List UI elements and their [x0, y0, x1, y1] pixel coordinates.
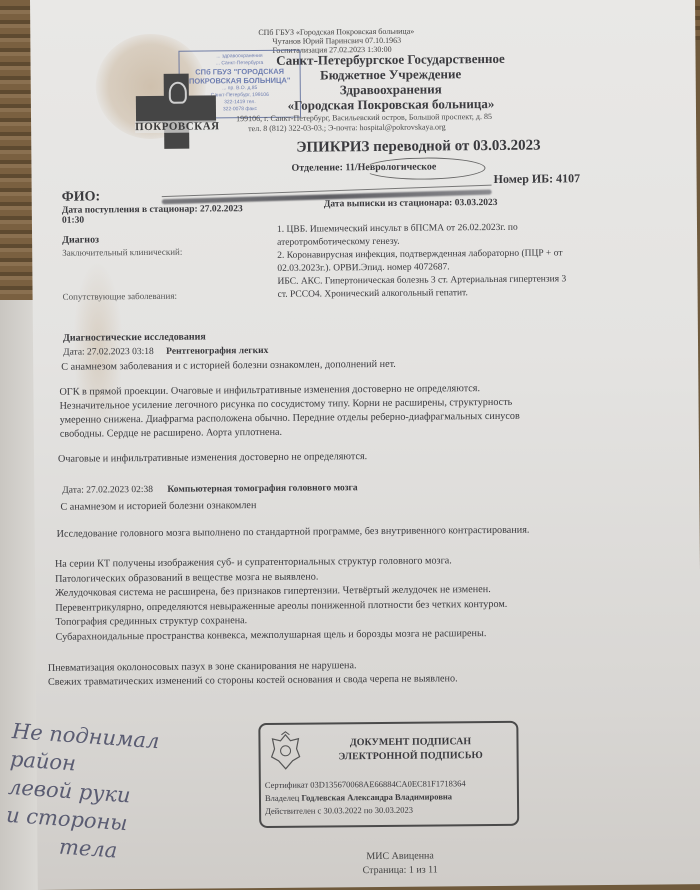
discharge-value: 03.03.2023 — [455, 198, 498, 208]
case-number-value: 4107 — [556, 171, 580, 185]
xray-date: Дата: 27.02.2023 03:18 — [63, 347, 154, 358]
pen-circle-mark — [363, 157, 485, 180]
ct-line: Свежих травматических изменений со сторо… — [48, 672, 458, 690]
footer-page-number: Страница: 1 из 11 — [363, 863, 438, 878]
org-line: «Городская Покровская больница» — [276, 96, 506, 113]
comorbid-label: Сопутствующие заболевания: — [63, 291, 177, 302]
xray-name: Рентгенография легких — [166, 346, 268, 357]
studies-heading: Диагностические исследования — [63, 331, 206, 343]
organization-name: Санкт-Петербургское Государственное Бюдж… — [275, 51, 506, 113]
admission-time: 01:30 — [62, 214, 243, 226]
admission-date: Дата поступления в стационар: 27.02.2023… — [62, 204, 243, 226]
signature-title: ДОКУМЕНТ ПОДПИСАН ЭЛЕКТРОННОЙ ПОДПИСЬЮ — [310, 735, 510, 765]
hospital-logo-text: ПОКРОВСКАЯ — [135, 120, 220, 133]
handwritten-note: Не поднимал район левой руки и стороны т… — [3, 717, 160, 867]
comorbid-line: ст. РССО4. Хронический алкогольный гепат… — [278, 286, 638, 302]
signature-title-line: ЭЛЕКТРОННОЙ ПОДПИСЬЮ — [311, 749, 511, 765]
ct-body: На серии КТ получены изображения суб- и … — [55, 554, 508, 645]
ct-header: Дата: 27.02.2023 02:38 Компьютерная томо… — [62, 483, 357, 496]
ct-body-2: Пневматизация околоносовых пазух в зоне … — [48, 658, 458, 690]
document-title: ЭПИКРИЗ переводной от 03.03.2023 — [296, 138, 540, 157]
case-number-label: Номер ИБ: — [494, 171, 554, 186]
cert-value: 03D135670068AE66884CA0EC81F1718364 — [310, 778, 465, 789]
footer-system: МИС Авиценна — [362, 849, 437, 864]
validity: Действителен с 30.03.2022 по 30.03.2023 — [265, 803, 466, 818]
coat-of-arms-icon — [268, 731, 302, 773]
final-diagnosis-label: Заключительный клинический: — [62, 247, 182, 258]
hospital-logo-cross-icon — [136, 73, 217, 149]
ct-date: Дата: 27.02.2023 02:38 — [62, 485, 153, 496]
xray-conclusion: Очаговые и инфильтративные изменения дос… — [58, 450, 367, 467]
fio-label: ФИО: — [62, 189, 101, 205]
ct-method: Исследование головного мозга выполнено п… — [57, 524, 530, 542]
final-diagnosis-text: 1. ЦВБ. Ишемический инсульт в бПСМА от 2… — [277, 221, 638, 302]
org-line: Бюджетное Учреждение Здравоохранения — [276, 66, 506, 98]
discharge-date: Дата выписки из стационара: 03.03.2023 — [324, 198, 498, 210]
diagnosis-heading: Диагноз — [62, 234, 99, 245]
department-label: Отделение: — [291, 162, 343, 173]
discharge-label: Дата выписки из стационара: — [324, 198, 453, 209]
cert-label: Сертификат — [265, 780, 308, 790]
ct-name: Компьютерная томография головного мозга — [167, 483, 357, 495]
ct-note: С анамнезом и историей болезни ознакомле… — [60, 499, 256, 515]
xray-body: ОГК в прямой проекции. Очаговые и инфиль… — [59, 380, 669, 441]
xray-note: С анамнезом заболевания и с историей бол… — [61, 358, 396, 375]
case-number: Номер ИБ: 4107 — [494, 171, 581, 187]
contacts: тел. 8 (812) 322-03-03.; Э-почта: hospit… — [236, 122, 492, 134]
owner-label: Владелец — [265, 793, 299, 803]
xray-header: Дата: 27.02.2023 03:18 Рентгенография ле… — [63, 346, 268, 358]
admission-value: 27.02.2023 — [200, 204, 243, 214]
address-block: 199106, г. Санкт-Петербург, Васильевский… — [236, 112, 492, 134]
signature-details: Сертификат 03D135670068AE66884CA0EC81F17… — [265, 777, 466, 818]
page-footer: МИС Авиценна Страница: 1 из 11 — [362, 849, 437, 878]
org-line: Санкт-Петербургское Государственное — [275, 51, 505, 68]
owner-value: Годлевская Александра Владимировна — [301, 791, 452, 802]
admission-label: Дата поступления в стационар: — [62, 205, 198, 216]
electronic-signature-box: ДОКУМЕНТ ПОДПИСАН ЭЛЕКТРОННОЙ ПОДПИСЬЮ С… — [258, 721, 519, 828]
